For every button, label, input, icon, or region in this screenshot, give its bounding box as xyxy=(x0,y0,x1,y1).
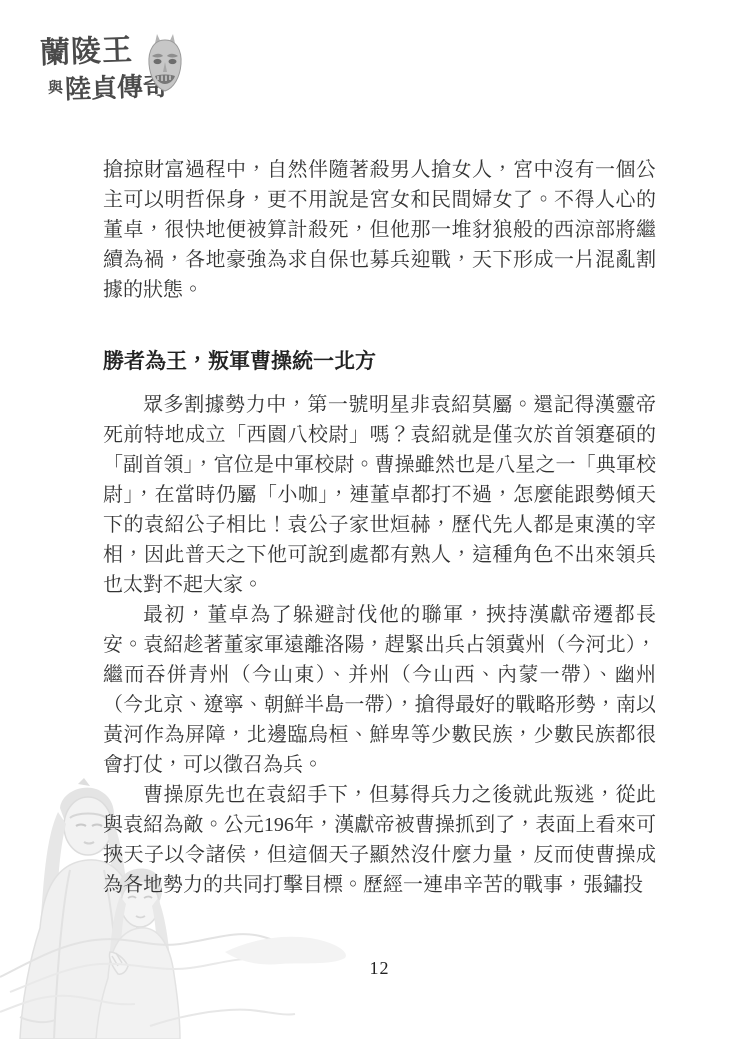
body-paragraph-3: 曹操原先也在袁紹手下，但募得兵力之後就此叛逃，從此與袁紹為敵。公元196年，漢獻… xyxy=(103,780,656,900)
page-number: 12 xyxy=(370,958,390,978)
logo-title-conjunction: 與 xyxy=(48,78,64,97)
book-page: { "logo": { "series_title_main": "蘭陵王", … xyxy=(0,0,750,1039)
page-footer: 12 xyxy=(103,958,656,979)
page-body: 搶掠財富過程中，自然伴隨著殺男人搶女人，宮中沒有一個公主可以明哲保身，更不用說是… xyxy=(103,155,656,900)
book-logo: 蘭陵王 與陸貞傳奇 xyxy=(40,36,210,131)
body-paragraph-1: 眾多割據勢力中，第一號明星非袁紹莫屬。還記得漢靈帝死前特地成立「西園八校尉」嗎？… xyxy=(103,390,656,600)
section-heading: 勝者為王，叛軍曹操統一北方 xyxy=(103,347,656,377)
body-paragraph-2: 最初，董卓為了躲避討伐他的聯軍，挾持漢獻帝遷都長安。袁紹趁著董家軍遠離洛陽，趕緊… xyxy=(103,600,656,780)
opening-paragraph: 搶掠財富過程中，自然伴隨著殺男人搶女人，宮中沒有一個公主可以明哲保身，更不用說是… xyxy=(103,155,656,305)
hannya-mask-icon xyxy=(142,32,188,94)
mountain-clouds-watermark xyxy=(0,922,445,1037)
